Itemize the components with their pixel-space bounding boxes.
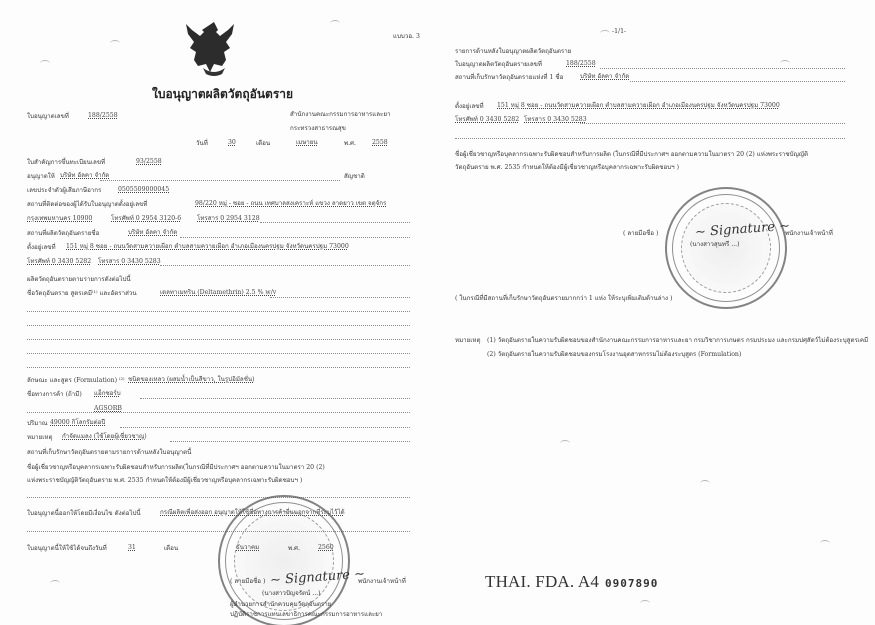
nationality-label: สัญชาติ: [344, 173, 365, 181]
paper-speck: [600, 30, 610, 37]
back-address-label: ตั้งอยู่เลขที่: [455, 103, 484, 111]
tax-id-label: เลขประจำตัวผู้เสียภาษีอากร: [27, 187, 101, 195]
trade-name-label: ชื่อทางการค้า (ถ้ามี): [27, 391, 82, 399]
back-license-no: 188/2558: [566, 60, 596, 68]
license-back-page: -1/1- รายการด้านหลังใบอนุญาตผลิตวัตถุอัน…: [440, 0, 875, 625]
factory-address-label: ตั้งอยู่เลขที่: [27, 244, 56, 252]
storage-label: สถานที่เก็บรักษาวัตถุอันตรายแห่งที่ 1 ชื…: [455, 74, 563, 82]
contact-address-line1: 98/220 หมู่ - ซอย - ถนน เทศบาลสงเคราะห์ …: [195, 200, 386, 208]
dotted-line: [120, 427, 410, 428]
back-expert-line2: วัตถุอันตราย พ.ศ. 2535 กำหนดให้ต้องมีผู้…: [455, 164, 679, 172]
dotted-line: [27, 339, 410, 340]
dotted-line: [170, 441, 410, 442]
paper-speck: [50, 580, 60, 587]
dotted-line: [27, 531, 410, 532]
issuer-line1: สำนักงานคณะกรรมการอาหารและยา: [290, 111, 390, 119]
licensee: บริษัท อัลคา จำกัด: [60, 172, 109, 180]
substance: เดลทาเมทริน (Deltamethrin) 2.5 % w/v: [160, 289, 276, 297]
remark-label: หมายเหตุ: [27, 434, 52, 442]
valid-until-label: ใบอนุญาตนี้ให้ใช้ได้จนถึงวันที่: [27, 545, 107, 553]
signer-title2: ปฏิบัติราชการแทนเลขาธิการคณะกรรมการอาหาร…: [230, 611, 382, 619]
back-expert-line1: ชื่อผู้เชี่ยวชาญหรือบุคลากรเฉพาะรับผิดชอ…: [455, 151, 808, 159]
contact-fax: โทรสาร 0 2954 3128: [197, 215, 260, 223]
tax-id: 0505509000045: [118, 186, 169, 194]
dotted-line: [27, 353, 410, 354]
signer-title1: ผู้อำนวยการสำนักควบคุมวัตถุอันตราย: [230, 601, 331, 609]
signature-label: ( ลายมือชื่อ ): [230, 578, 265, 586]
paper-speck: [700, 480, 710, 487]
date-day-label: วันที่: [196, 140, 208, 148]
dotted-line: [27, 325, 410, 326]
form-code: แบบวอ. 3: [393, 33, 420, 41]
back-license-no-label: ใบอนุญาตผลิตวัตถุอันตรายเลขที่: [455, 61, 542, 69]
dotted-line: [27, 412, 410, 413]
dotted-line: [600, 68, 845, 69]
dotted-line: [180, 237, 410, 238]
contact-phone: โทรศัพท์ 0 2954 3120-6: [111, 215, 181, 223]
dotted-line: [27, 497, 410, 498]
valid-day: 31: [128, 544, 136, 552]
remark: กำจัดแมลง (ใช้โดยผู้เชี่ยวชาญ): [62, 433, 147, 441]
substance-label: ชื่อวัตถุอันตราย สูตรเคมี⁽¹⁾ และอัตราส่ว…: [27, 290, 137, 298]
factory-fax: โทรสาร 0 3430 5283: [98, 258, 161, 266]
date-year: 2558: [372, 139, 388, 147]
contact-address-label: สถานที่ติดต่อของผู้ได้รับใบอนุญาตตั้งอยู…: [27, 201, 147, 209]
dotted-line: [580, 123, 845, 124]
date-month-label: เดือน: [256, 140, 270, 148]
paper-speck: [780, 60, 790, 67]
dotted-line: [270, 297, 410, 298]
back-address: 151 หมู่ 8 ซอย - ถนนวัดสามควายเผือก ตำบล…: [497, 102, 780, 110]
quantity-label: ปริมาณ: [27, 420, 48, 428]
formulation: ชนิดของเหลว (ผสมน้ำเป็นสีขาว, ในรูปอิมัล…: [128, 376, 255, 384]
form-serial-prefix: THAI. FDA. A4: [485, 572, 599, 591]
dotted-line: [27, 367, 410, 368]
back-signer-name: (นางสาวสุนทรี ...): [690, 241, 740, 249]
produce-heading: ผลิตวัตถุอันตรายตามรายการดังต่อไปนี้: [27, 276, 131, 284]
licensee-label: อนุญาตให้: [27, 173, 55, 181]
factory-address: 151 หมู่ 8 ซอย - ถนนวัดสามควายเผือก ตำบล…: [66, 243, 349, 251]
valid-month-label: เดือน: [164, 545, 178, 553]
form-serial-number: 0907890: [605, 577, 658, 590]
issuer-line2: กระทรวงสาธารณสุข: [290, 125, 346, 133]
dotted-line: [630, 81, 845, 82]
back-fax: โทรสาร 0 3430 5283: [524, 116, 587, 124]
expert-line1: ชื่อผู้เชี่ยวชาญหรือบุคลากรเฉพาะรับผิดชอ…: [27, 464, 325, 472]
garuda-emblem-icon: [183, 18, 245, 80]
dotted-line: [455, 138, 845, 139]
paper-speck: [820, 540, 830, 547]
license-no-label: ใบอนุญาตเลขที่: [27, 113, 69, 121]
dotted-line: [100, 180, 340, 181]
dotted-line: [260, 222, 410, 223]
officer-label: พนักงานเจ้าหน้าที่: [358, 578, 406, 586]
note-1: (1) วัตถุอันตรายในความรับผิดชอบของสำนักง…: [487, 337, 868, 345]
dotted-line: [27, 311, 410, 312]
page-number: -1/1-: [612, 28, 626, 36]
form-serial: THAI. FDA. A40907890: [485, 572, 658, 592]
document-title: ใบอนุญาตผลิตวัตถุอันตราย: [152, 90, 293, 98]
storage-heading: สถานที่เก็บรักษาวัตถุอันตรายตามรายการด้า…: [27, 449, 191, 457]
note-2: (2) วัตถุอันตรายในความรับผิดชอบของกรมโรง…: [487, 351, 741, 359]
condition-label: ใบอนุญาตนี้ออกให้โดยมีเงื่อนไข ดังต่อไปน…: [27, 510, 141, 518]
back-phone: โทรศัพท์ 0 3430 5282: [455, 116, 519, 124]
paper-speck: [330, 20, 340, 27]
registration-no: 93/2558: [136, 158, 162, 166]
factory-name: บริษัท อัลคา จำกัด: [128, 229, 177, 237]
formulation-label: ลักษณะ และสูตร (Formulation) ⁽²⁾: [27, 377, 124, 385]
date-month: เมษายน: [296, 139, 318, 147]
paper-speck: [40, 60, 50, 67]
license-no: 188/2558: [88, 112, 118, 120]
storage-note: ( ในกรณีที่มีสถานที่เก็บรักษาวัตถุอันตรา…: [455, 295, 672, 303]
license-front-page: แบบวอ. 3 ใบอนุญาตผลิตวัตถุอันตราย ใบอนุญ…: [0, 0, 440, 625]
dotted-line: [140, 398, 410, 399]
contact-address-line2: กรุงเทพมหานคร 10900: [27, 215, 92, 223]
back-officer-label: พนักงานเจ้าหน้าที่: [785, 230, 833, 238]
dotted-line: [160, 265, 410, 266]
trade-name-th: แอ็กซอร์บ: [94, 390, 121, 398]
date-day: 30: [228, 139, 236, 147]
back-heading: รายการด้านหลังใบอนุญาตผลิตวัตถุอันตราย: [455, 48, 571, 56]
paper-speck: [110, 40, 120, 47]
expert-line2: แห่งพระราชบัญญัติวัตถุอันตราย พ.ศ. 2535 …: [27, 477, 302, 485]
quantity: 49000 กิโลกรัมต่อปี: [50, 419, 105, 427]
factory-phone: โทรศัพท์ 0 3430 5282: [27, 258, 91, 266]
factory-name-label: สถานที่ผลิตวัตถุอันตรายชื่อ: [27, 230, 99, 238]
registration-label: ใบสำคัญการขึ้นทะเบียนเลขที่: [27, 159, 105, 167]
notes-label: หมายเหตุ: [455, 337, 480, 345]
storage-name: บริษัท อัลคา จำกัด: [580, 73, 629, 81]
paper-speck: [640, 600, 650, 607]
signer-name: (นางสาวปัญจรัตน์ ...): [262, 590, 321, 598]
date-year-label: พ.ศ.: [344, 140, 356, 148]
paper-speck: [560, 440, 570, 447]
back-signature-label: ( ลายมือชื่อ ): [623, 230, 658, 238]
